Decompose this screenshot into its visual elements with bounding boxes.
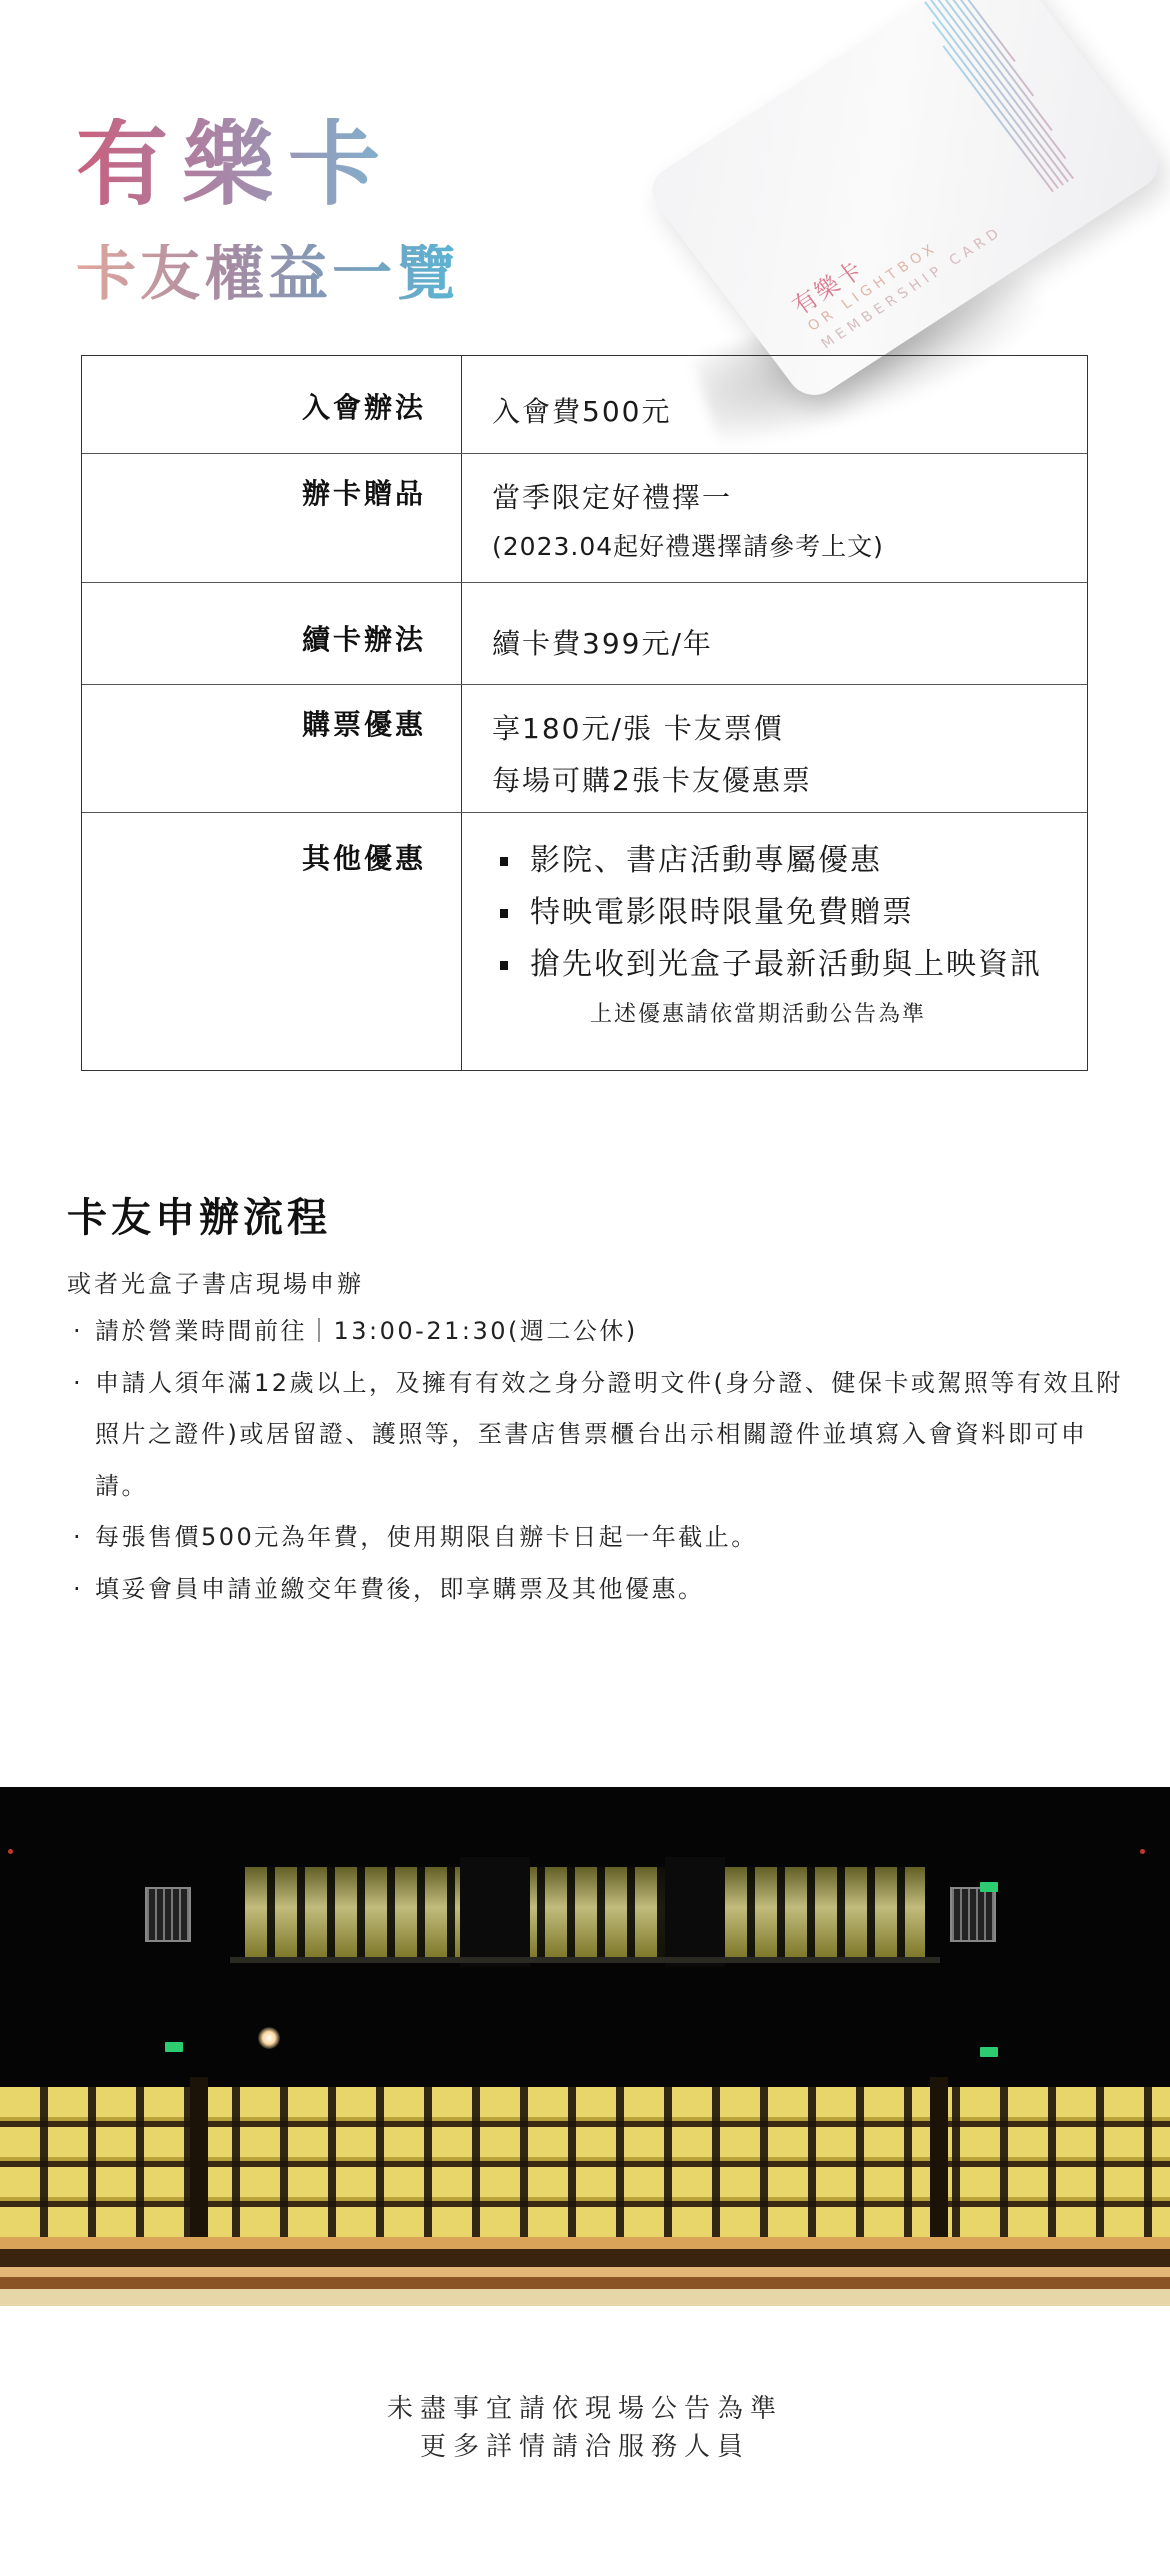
balcony-stairs	[460, 1857, 530, 1967]
hero-title: 有樂卡	[76, 118, 394, 210]
row-label: 續卡辦法	[82, 583, 462, 684]
gift-text: 當季限定好禮擇一	[492, 472, 1087, 524]
table-row-ticket: 購票優惠 享180元/張 卡友票價 每場可購2張卡友優惠票	[82, 684, 1087, 812]
join-fee: 入會費500元	[492, 386, 1087, 438]
row-value: 續卡費399元/年	[462, 583, 1087, 684]
table-row-join: 入會辦法 入會費500元	[82, 356, 1087, 453]
footer-line-1: 未盡事宜請依現場公告為準	[0, 2390, 1170, 2428]
square-bullet-icon	[500, 857, 508, 866]
perk-text: 特映電影限時限量免費贈票	[530, 887, 914, 939]
square-bullet-icon	[500, 961, 508, 970]
exit-sign-icon	[165, 2042, 183, 2052]
side-window	[950, 1887, 996, 1942]
row-value: 當季限定好禮擇一 (2023.04起好禮選擇請參考上文)	[462, 454, 1087, 582]
footer-note: 未盡事宜請依現場公告為準 更多詳情請洽服務人員	[0, 2390, 1170, 2466]
process-item: · 申請人須年滿12歲以上，及擁有有效之身分證明文件(身分證、健保卡或駕照等有效…	[67, 1358, 1127, 1513]
row-label: 其他優惠	[82, 813, 462, 1070]
row-value: 入會費500元	[462, 356, 1087, 453]
perk-item: 影院、書店活動專屬優惠	[500, 835, 1087, 887]
table-row-renewal: 續卡辦法 續卡費399元/年	[82, 582, 1087, 684]
ticket-limit: 每場可購2張卡友優惠票	[492, 755, 1087, 807]
perk-note: 上述優惠請依當期活動公告為準	[500, 997, 1087, 1028]
theater-photo	[0, 1787, 1170, 2306]
gift-note: (2023.04起好禮選擇請參考上文)	[492, 524, 1087, 570]
process-item-text: 每張售價500元為年費，使用期限自辦卡日起一年截止。	[95, 1523, 758, 1551]
stage-floor	[0, 2289, 1170, 2306]
lamp	[258, 2027, 280, 2049]
process-list: · 請於營業時間前往｜13:00-21:30(週二公休) · 申請人須年滿12歲…	[67, 1306, 1127, 1615]
row-label: 辦卡贈品	[82, 454, 462, 582]
footer-line-2: 更多詳情請洽服務人員	[0, 2428, 1170, 2466]
main-floor-seats	[0, 2087, 1170, 2237]
red-indicator-light	[1140, 1849, 1145, 1854]
perk-text: 影院、書店活動專屬優惠	[530, 835, 882, 887]
card-stripe-decoration	[895, 0, 1102, 192]
process-item: · 請於營業時間前往｜13:00-21:30(週二公休)	[67, 1306, 1127, 1358]
stage-step	[0, 2267, 1170, 2277]
table-row-other: 其他優惠 影院、書店活動專屬優惠 特映電影限時限量免費贈票 搶先收到光盒子最新活…	[82, 812, 1087, 1070]
process-item-text: 填妥會員申請並繳交年費後，即享購票及其他優惠。	[95, 1575, 705, 1603]
process-item-text: 請於營業時間前往｜13:00-21:30(週二公休)	[95, 1317, 638, 1345]
process-item: · 每張售價500元為年費，使用期限自辦卡日起一年截止。	[67, 1512, 1127, 1564]
balcony-rail	[230, 1957, 940, 1963]
aisle	[930, 2077, 948, 2247]
side-window	[145, 1887, 191, 1942]
balcony-stairs	[665, 1857, 725, 1967]
stage-step	[0, 2277, 1170, 2289]
stage-step	[0, 2237, 1170, 2249]
square-bullet-icon	[500, 909, 508, 918]
aisle	[190, 2077, 208, 2247]
exit-sign-icon	[980, 1882, 998, 1892]
dot-bullet-icon: ·	[73, 1512, 83, 1564]
row-value: 享180元/張 卡友票價 每場可購2張卡友優惠票	[462, 685, 1087, 812]
row-label: 入會辦法	[82, 356, 462, 453]
stage-step	[0, 2249, 1170, 2267]
perk-text: 搶先收到光盒子最新活動與上映資訊	[530, 939, 1042, 991]
benefits-table: 入會辦法 入會費500元 辦卡贈品 當季限定好禮擇一 (2023.04起好禮選擇…	[81, 355, 1088, 1071]
hero-subtitle: 卡友權益一覽	[76, 244, 460, 304]
red-indicator-light	[8, 1849, 13, 1854]
exit-sign-icon	[980, 2047, 998, 2057]
row-value: 影院、書店活動專屬優惠 特映電影限時限量免費贈票 搶先收到光盒子最新活動與上映資…	[462, 813, 1087, 1070]
ticket-price: 享180元/張 卡友票價	[492, 703, 1087, 755]
dot-bullet-icon: ·	[73, 1306, 83, 1358]
process-item-text: 申請人須年滿12歲以上，及擁有有效之身分證明文件(身分證、健保卡或駕照等有效且附…	[95, 1369, 1123, 1500]
balcony-seats	[245, 1867, 925, 1957]
process-item: · 填妥會員申請並繳交年費後，即享購票及其他優惠。	[67, 1564, 1127, 1616]
perk-item: 搶先收到光盒子最新活動與上映資訊	[500, 939, 1087, 991]
perk-item: 特映電影限時限量免費贈票	[500, 887, 1087, 939]
table-row-gift: 辦卡贈品 當季限定好禮擇一 (2023.04起好禮選擇請參考上文)	[82, 453, 1087, 582]
renewal-fee: 續卡費399元/年	[492, 618, 1087, 670]
process-intro: 或者光盒子書店現場申辦	[67, 1264, 364, 1299]
row-label: 購票優惠	[82, 685, 462, 812]
dot-bullet-icon: ·	[73, 1564, 83, 1616]
dot-bullet-icon: ·	[73, 1358, 83, 1410]
section-title: 卡友申辦流程	[67, 1186, 331, 1243]
